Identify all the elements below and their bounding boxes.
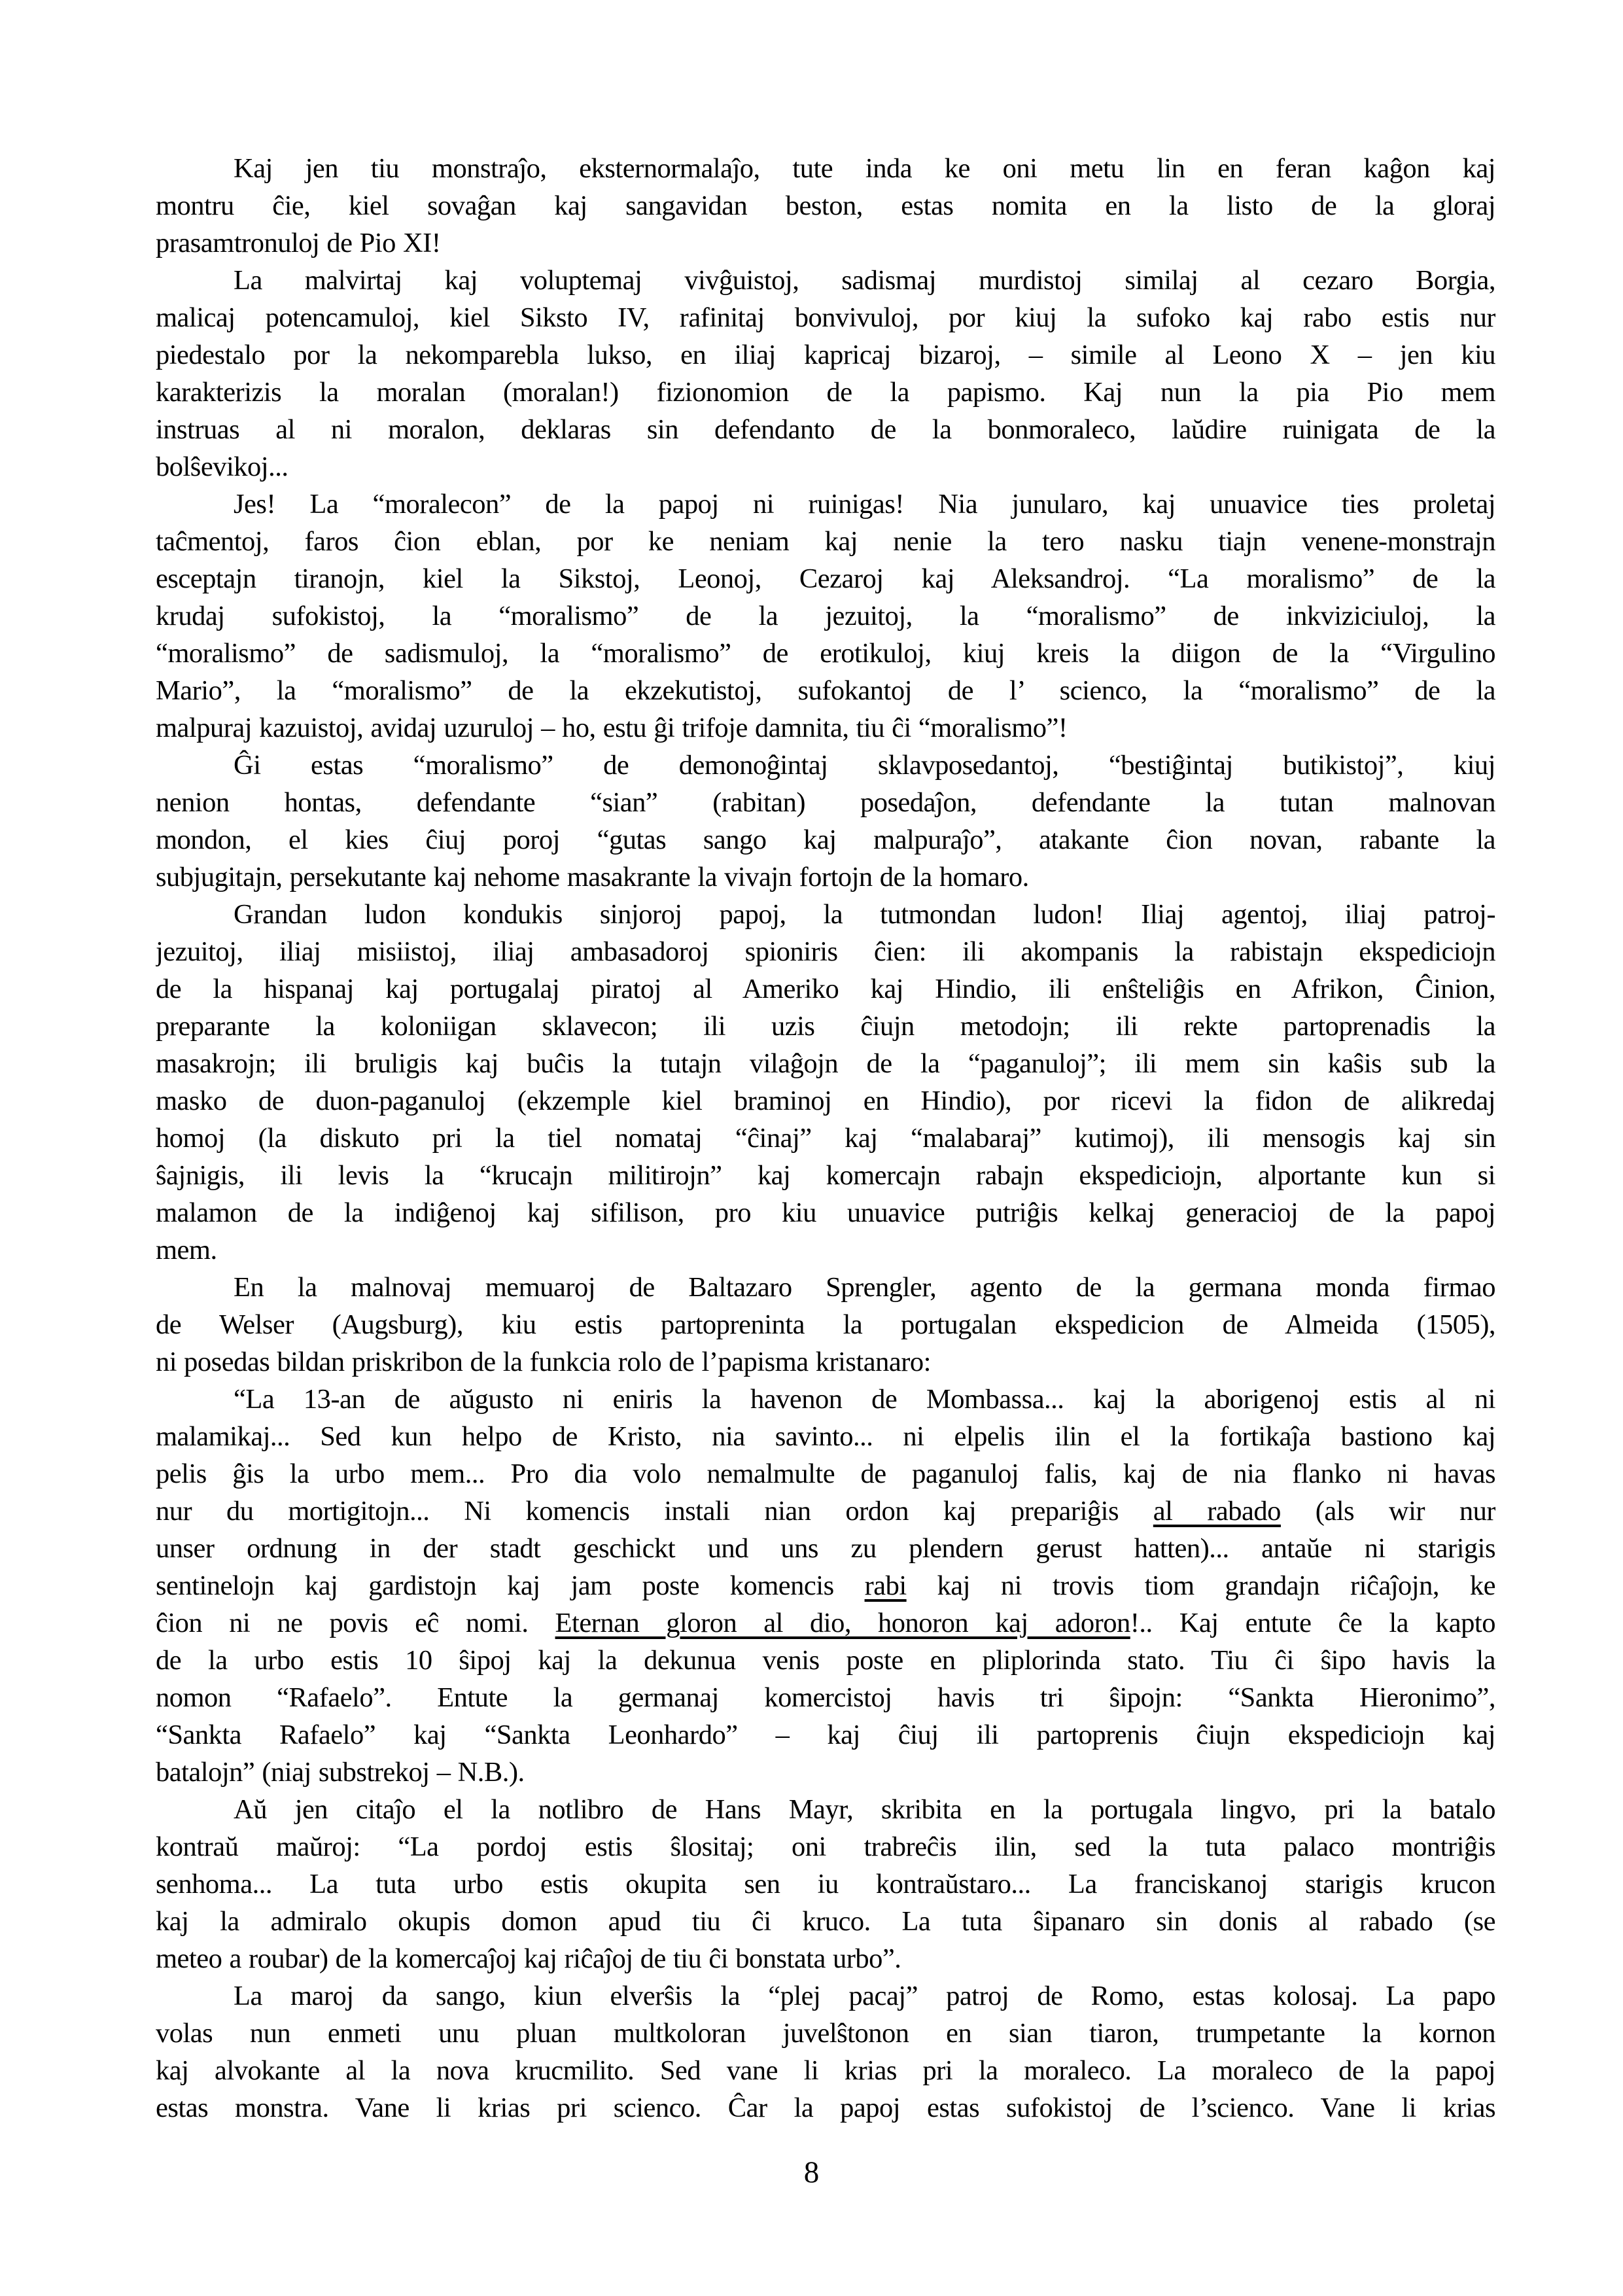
text-segment: Kaj jen tiu monstraĵo, eksternormalaĵo, … [234,153,1495,184]
text-segment: de la hispanaj kaj portugalaj piratoj al… [156,974,1495,1004]
text-segment: homoj (la diskuto pri la tiel nomataj “ĉ… [156,1123,1495,1154]
text-segment: La maroj da sango, kiun elverŝis la “ple… [234,1981,1495,2011]
text-segment: taĉmentoj, faros ĉion eblan, por ke neni… [156,526,1495,557]
text-line: malicaj potencamuloj, kiel Siksto IV, ra… [156,299,1495,336]
text-line: ni posedas bildan priskribon de la funkc… [156,1343,1495,1381]
text-line: mondon, el kies ĉiuj poroj “gutas sango … [156,821,1495,858]
paragraph: Aŭ jen citaĵo el la notlibro de Hans May… [156,1791,1495,1977]
text-segment: malamikaj... Sed kun helpo de Kristo, ni… [156,1421,1495,1452]
text-segment: !.. Kaj entute ĉe la kapto [1130,1608,1495,1638]
text-line: “Sankta Rafaelo” kaj “Sankta Leonhardo” … [156,1716,1495,1754]
text-line: pelis ĝis la urbo mem... Pro dia volo ne… [156,1455,1495,1492]
text-segment: nur du mortigitojn... Ni komencis instal… [156,1496,1153,1527]
text-segment: piedestalo por la nekomparebla lukso, en… [156,340,1495,370]
paragraph: “La 13-an de aŭgusto ni eniris la haveno… [156,1381,1495,1791]
text-segment: de la urbo estis 10 ŝipoj kaj la dekunua… [156,1645,1495,1676]
text-segment: unser ordnung in der stadt geschickt und… [156,1533,1495,1564]
text-segment: Jes! La “moralecon” de la papoj ni ruini… [234,489,1495,520]
text-line: instruas al ni moralon, deklaras sin def… [156,411,1495,448]
text-line: piedestalo por la nekomparebla lukso, en… [156,336,1495,374]
text-segment: preparante la koloniigan sklavecon; ili … [156,1011,1495,1042]
text-segment: malpuraj kazuistoj, avidaj uzuruloj – ho… [156,713,1068,743]
underlined-phrase: al rabado [1153,1496,1281,1527]
text-line: meteo a roubar) de la komercaĵoj kaj riĉ… [156,1940,1495,1977]
document-page: Kaj jen tiu monstraĵo, eksternormalaĵo, … [0,0,1623,2296]
text-segment: nomon “Rafaelo”. Entute la germanaj kome… [156,1682,1495,1713]
underlined-phrase: Eternan gloron al dio, honoron kaj adoro… [555,1608,1130,1638]
text-line: La malvirtaj kaj voluptemaj vivĝuistoj, … [156,262,1495,299]
text-line: preparante la koloniigan sklavecon; ili … [156,1008,1495,1045]
paragraph: La maroj da sango, kiun elverŝis la “ple… [156,1977,1495,2127]
text-line: “La 13-an de aŭgusto ni eniris la haveno… [156,1381,1495,1418]
text-line: de la urbo estis 10 ŝipoj kaj la dekunua… [156,1642,1495,1679]
text-line: masakrojn; ili bruligis kaj buĉis la tut… [156,1045,1495,1082]
text-line: masko de duon-paganuloj (ekzemple kiel b… [156,1082,1495,1120]
text-line: kaj la admiralo okupis domon apud tiu ĉi… [156,1903,1495,1940]
text-line: ŝajnigis, ili levis la “krucajn militiro… [156,1157,1495,1194]
text-segment: ni posedas bildan priskribon de la funkc… [156,1347,931,1377]
text-line: bolŝevikoj... [156,448,1495,486]
paragraph: Jes! La “moralecon” de la papoj ni ruini… [156,486,1495,747]
paragraph: Grandan ludon kondukis sinjoroj papoj, l… [156,896,1495,1269]
text-line: batalojn” (niaj substrekoj – N.B.). [156,1754,1495,1791]
text-segment: montru ĉie, kiel sovaĝan kaj sangavidan … [156,190,1495,221]
paragraph: Kaj jen tiu monstraĵo, eksternormalaĵo, … [156,150,1495,262]
text-segment: volas nun enmeti unu pluan multkoloran j… [156,2018,1495,2049]
text-line: Jes! La “moralecon” de la papoj ni ruini… [156,486,1495,523]
text-segment: karakterizis la moralan (moralan!) fizio… [156,377,1495,408]
text-line: malpuraj kazuistoj, avidaj uzuruloj – ho… [156,709,1495,747]
text-segment: subjugitajn, persekutante kaj nehome mas… [156,862,1029,892]
paragraph: En la malnovaj memuaroj de Baltazaro Spr… [156,1269,1495,1381]
text-segment: Grandan ludon kondukis sinjoroj papoj, l… [234,899,1495,930]
text-segment: “moralismo” de sadismuloj, la “moralismo… [156,638,1495,669]
text-segment: pelis ĝis la urbo mem... Pro dia volo ne… [156,1458,1495,1489]
text-segment: malicaj potencamuloj, kiel Siksto IV, ra… [156,302,1495,333]
text-line: senhoma... La tuta urbo estis okupita se… [156,1865,1495,1903]
text-segment: bolŝevikoj... [156,451,288,482]
text-line: nomon “Rafaelo”. Entute la germanaj kome… [156,1679,1495,1716]
text-line: Grandan ludon kondukis sinjoroj papoj, l… [156,896,1495,933]
text-segment: senhoma... La tuta urbo estis okupita se… [156,1869,1495,1899]
text-line: montru ĉie, kiel sovaĝan kaj sangavidan … [156,187,1495,224]
text-line: unser ordnung in der stadt geschickt und… [156,1530,1495,1567]
text-segment: instruas al ni moralon, deklaras sin def… [156,414,1495,445]
text-line: En la malnovaj memuaroj de Baltazaro Spr… [156,1269,1495,1306]
text-segment: mem. [156,1235,217,1265]
text-line: “moralismo” de sadismuloj, la “moralismo… [156,635,1495,672]
text-line: homoj (la diskuto pri la tiel nomataj “ĉ… [156,1120,1495,1157]
text-segment: masakrojn; ili bruligis kaj buĉis la tut… [156,1048,1495,1079]
text-line: de la hispanaj kaj portugalaj piratoj al… [156,970,1495,1008]
text-line: Kaj jen tiu monstraĵo, eksternormalaĵo, … [156,150,1495,187]
text-segment: krudaj sufokistoj, la “moralismo” de la … [156,601,1495,631]
text-line: Ĝi estas “moralismo” de demonoĝintaj skl… [156,747,1495,784]
text-segment: esceptajn tiranojn, kiel la Sikstoj, Leo… [156,563,1495,594]
underlined-phrase: rabi [865,1570,907,1601]
text-line: ĉion ni ne povis eĉ nomi. Eternan gloron… [156,1604,1495,1642]
text-line: Mario”, la “moralismo” de la ekzekutisto… [156,672,1495,709]
text-segment: En la malnovaj memuaroj de Baltazaro Spr… [234,1272,1495,1303]
paragraph: La malvirtaj kaj voluptemaj vivĝuistoj, … [156,262,1495,486]
text-line: La maroj da sango, kiun elverŝis la “ple… [156,1977,1495,2015]
text-segment: “La 13-an de aŭgusto ni eniris la haveno… [234,1384,1495,1415]
text-segment: estas monstra. Vane li krias pri scienco… [156,2093,1495,2123]
text-line: sentinelojn kaj gardistojn kaj jam poste… [156,1567,1495,1604]
text-line: mem. [156,1231,1495,1269]
text-segment: ŝajnigis, ili levis la “krucajn militiro… [156,1160,1495,1191]
text-line: esceptajn tiranojn, kiel la Sikstoj, Leo… [156,560,1495,597]
text-segment: de Welser (Augsburg), kiu estis partopre… [156,1309,1495,1340]
text-line: volas nun enmeti unu pluan multkoloran j… [156,2015,1495,2052]
text-line: jezuitoj, iliaj misiistoj, iliaj ambasad… [156,933,1495,970]
text-segment: malamon de la indiĝenoj kaj sifilison, p… [156,1197,1495,1228]
text-segment: Mario”, la “moralismo” de la ekzekutisto… [156,675,1495,706]
text-segment: meteo a roubar) de la komercaĵoj kaj riĉ… [156,1943,901,1974]
text-segment: ĉion ni ne povis eĉ nomi. [156,1608,555,1638]
text-line: taĉmentoj, faros ĉion eblan, por ke neni… [156,523,1495,560]
text-segment: batalojn” (niaj substrekoj – N.B.). [156,1757,525,1788]
text-line: prasamtronuloj de Pio XI! [156,224,1495,262]
text-segment: kontraŭ maŭroj: “La pordoj estis ŝlosita… [156,1831,1495,1862]
text-segment: nenion hontas, defendante “sian” (rabita… [156,787,1495,818]
text-segment: Aŭ jen citaĵo el la notlibro de Hans May… [234,1794,1495,1825]
text-segment: prasamtronuloj de Pio XI! [156,228,440,258]
text-segment: sentinelojn kaj gardistojn kaj jam poste… [156,1570,865,1601]
text-line: malamon de la indiĝenoj kaj sifilison, p… [156,1194,1495,1231]
text-line: Aŭ jen citaĵo el la notlibro de Hans May… [156,1791,1495,1828]
text-line: subjugitajn, persekutante kaj nehome mas… [156,858,1495,896]
text-line: nenion hontas, defendante “sian” (rabita… [156,784,1495,821]
text-segment: jezuitoj, iliaj misiistoj, iliaj ambasad… [156,936,1495,967]
text-line: krudaj sufokistoj, la “moralismo” de la … [156,597,1495,635]
text-line: de Welser (Augsburg), kiu estis partopre… [156,1306,1495,1343]
text-line: estas monstra. Vane li krias pri scienco… [156,2089,1495,2127]
text-segment: kaj ni trovis tiom grandajn riĉaĵojn, ke [907,1570,1495,1601]
text-block: Kaj jen tiu monstraĵo, eksternormalaĵo, … [156,150,1495,2127]
text-segment: masko de duon-paganuloj (ekzemple kiel b… [156,1086,1495,1116]
paragraph: Ĝi estas “moralismo” de demonoĝintaj skl… [156,747,1495,896]
text-segment: kaj la admiralo okupis domon apud tiu ĉi… [156,1906,1495,1937]
text-line: malamikaj... Sed kun helpo de Kristo, ni… [156,1418,1495,1455]
text-segment: Ĝi estas “moralismo” de demonoĝintaj skl… [234,750,1495,781]
text-line: nur du mortigitojn... Ni komencis instal… [156,1492,1495,1530]
text-line: kaj alvokante al la nova krucmilito. Sed… [156,2052,1495,2089]
text-segment: mondon, el kies ĉiuj poroj “gutas sango … [156,824,1495,855]
text-segment: (als wir nur [1281,1496,1495,1527]
text-line: karakterizis la moralan (moralan!) fizio… [156,374,1495,411]
text-segment: kaj alvokante al la nova krucmilito. Sed… [156,2055,1495,2086]
text-segment: “Sankta Rafaelo” kaj “Sankta Leonhardo” … [156,1720,1495,1750]
page-number: 8 [0,2155,1623,2190]
text-segment: La malvirtaj kaj voluptemaj vivĝuistoj, … [234,265,1495,296]
text-line: kontraŭ maŭroj: “La pordoj estis ŝlosita… [156,1828,1495,1865]
